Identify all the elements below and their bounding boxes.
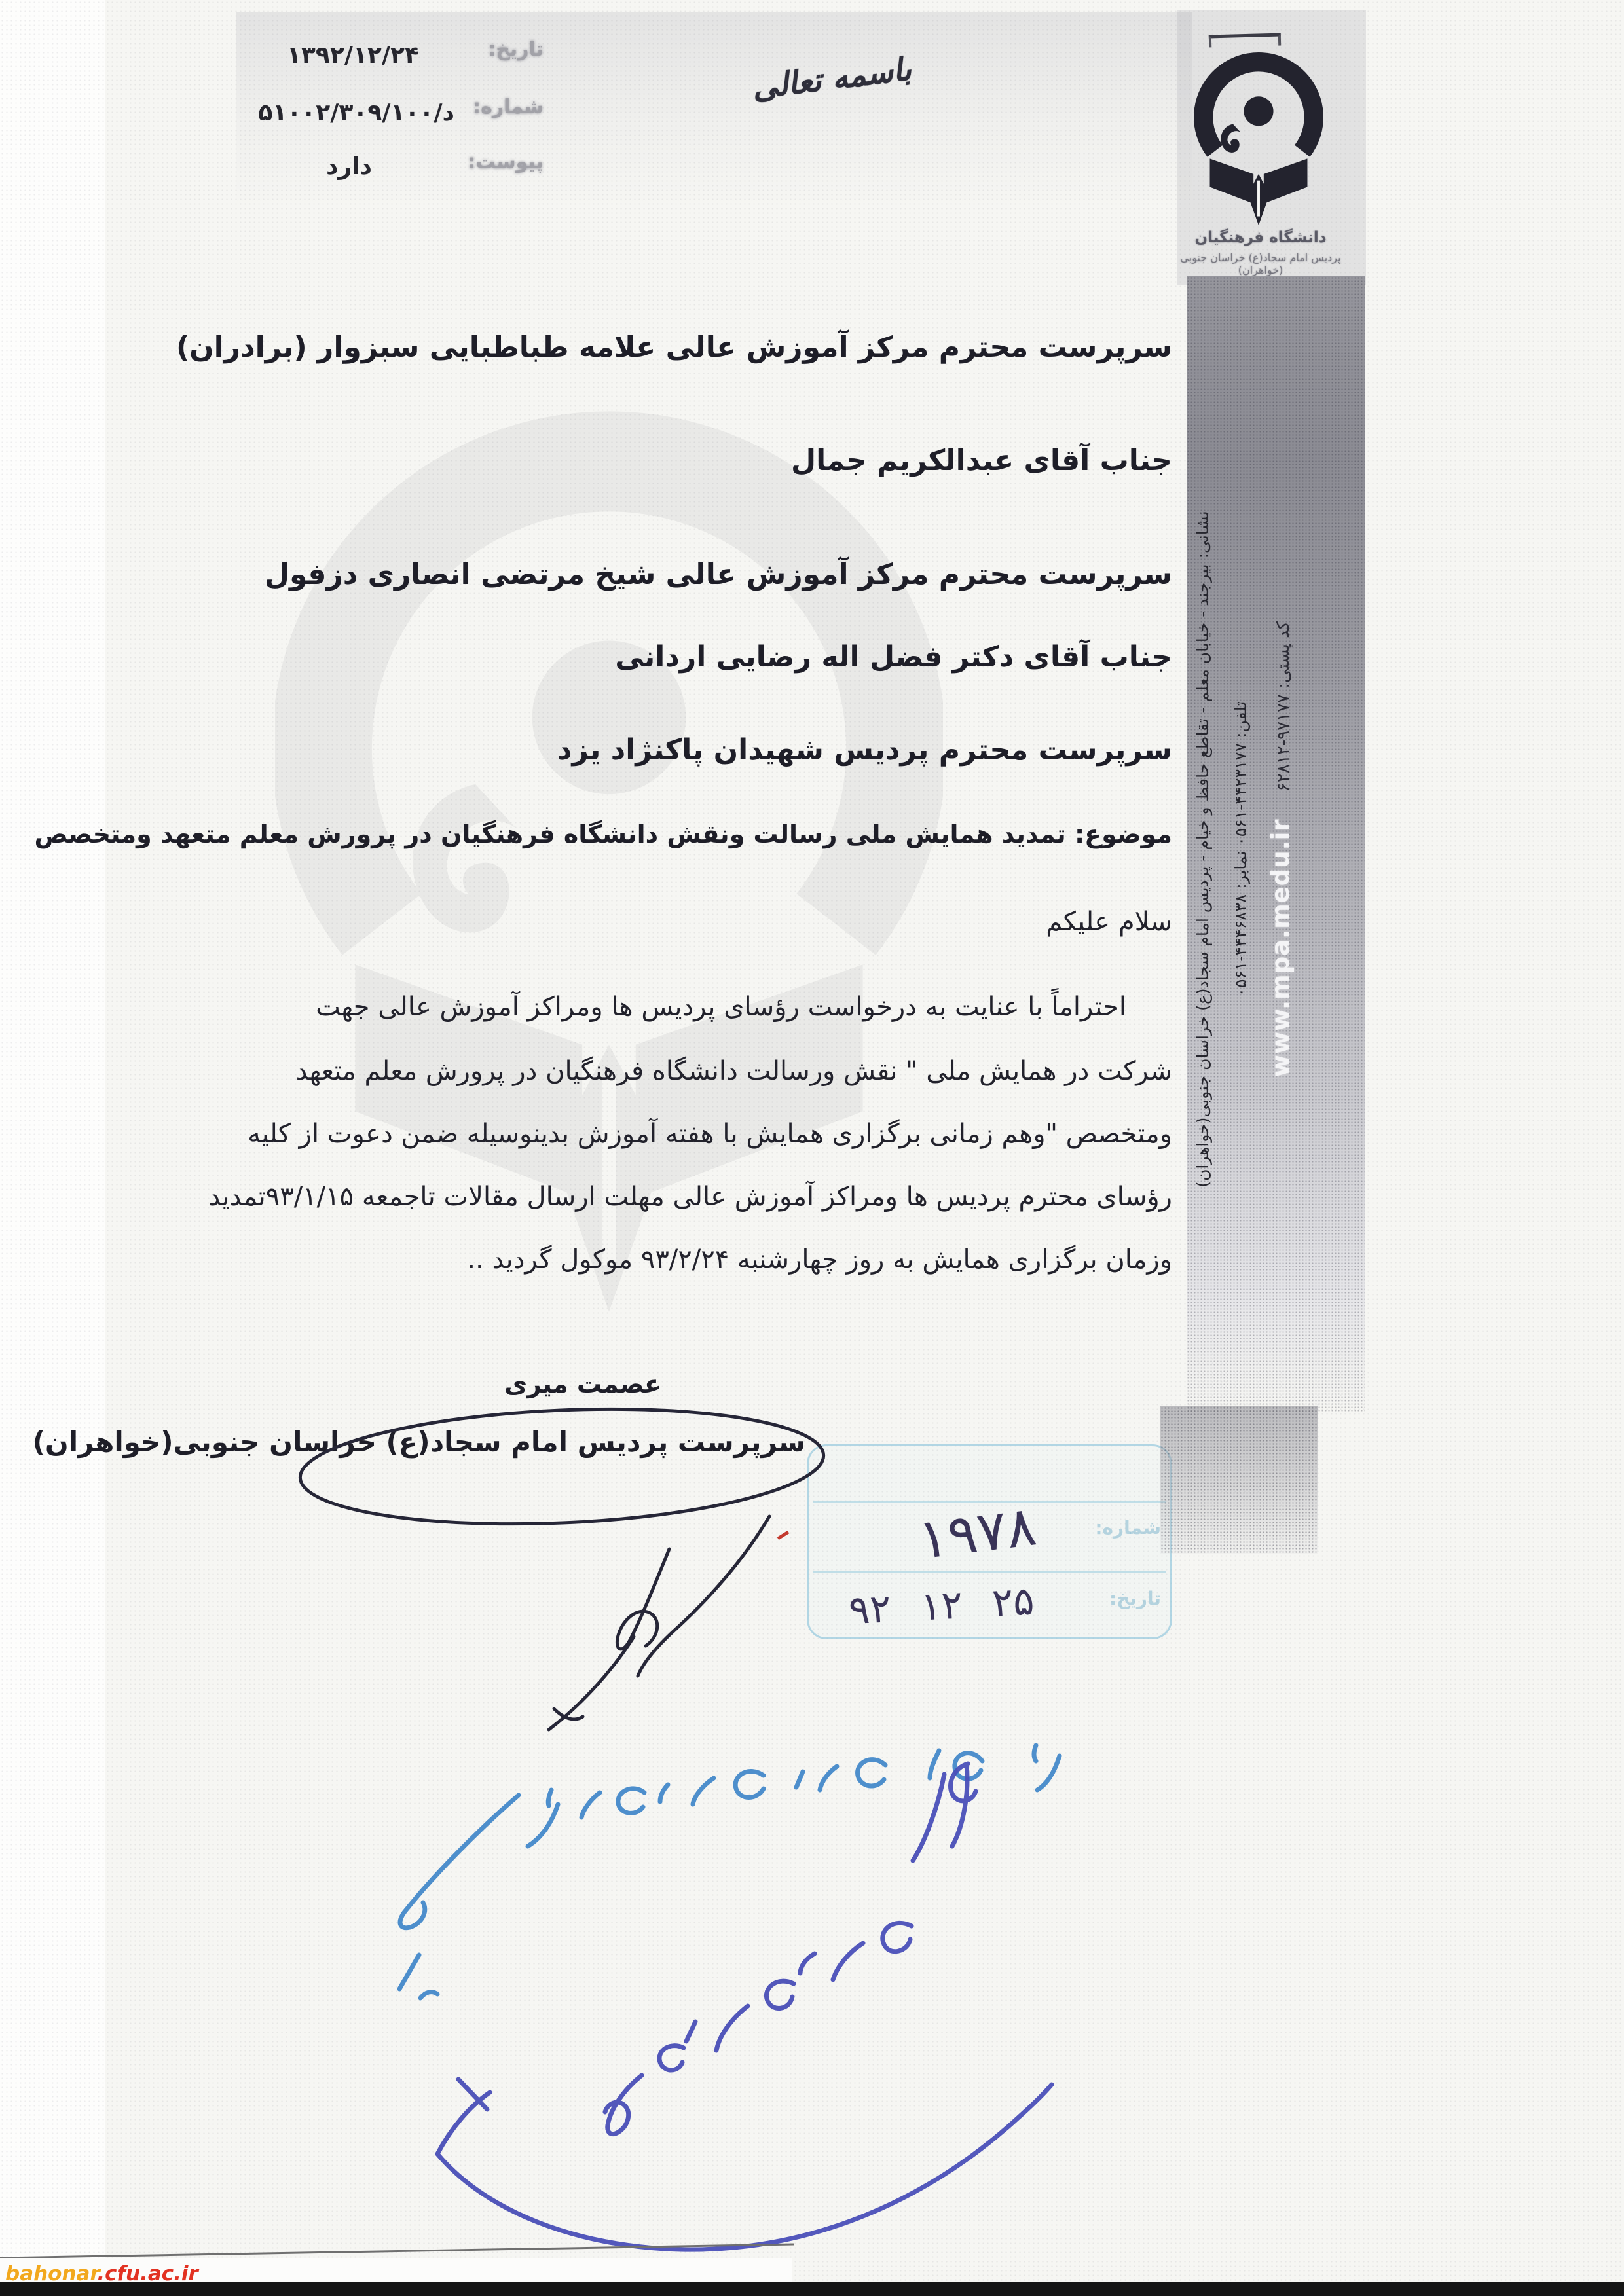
recipient-line-4: جناب آقای دکتر فضل اله رضایی اردانی [615,640,1172,674]
body-line-2: شرکت در همایش ملی " نقش ورسالت دانشگاه ف… [296,1056,1172,1086]
scanned-letter-page: تاریخ: ۱۳۹۲/۱۲/۲۴ شماره: د/۵۱۰۰۲/۳۰۹/۱۰۰… [0,0,1624,2296]
recipient-line-2: جناب آقای عبدالکریم جمال [791,444,1172,477]
recipient-line-1: سرپرست محترم مرکز آموزش عالی علامه طباطب… [176,331,1172,364]
scan-bottom-strip [0,2282,1624,2296]
body-line-5: وزمان برگزاری همایش به روز چهارشنبه ۹۳/۲… [467,1245,1172,1275]
logo-caption-campus: پردیس امام سجاد(ع) خراسان جنوبی (خواهران… [1174,251,1347,276]
site-watermark-domain: .cfu.ac.ir [97,2262,198,2286]
stamp-number-label: شماره: [1095,1517,1161,1539]
logo-caption-university: دانشگاه فرهنگیان [1174,229,1347,246]
scan-shading-stamp-area [1160,1406,1318,1554]
stamp-divider [813,1571,1166,1573]
salutation: سلام علیکم [1046,907,1172,937]
university-logo [1194,42,1323,234]
sidebar-postal-website: کد پستی: ۹۷۱۷۷-۶۲۸۱۲ www.mpa.medu.ir [1266,296,1295,1402]
site-watermark: bahonar.cfu.ac.ir [5,2262,198,2286]
signer-title: سرپرست پردیس امام سجاد(ع) خراسان جنوبی(خ… [33,1426,805,1458]
subject-line: موضوع: تمدید همایش ملی رسالت ونقش دانشگا… [34,820,1172,848]
stamp-date-label: تاریخ: [1109,1588,1161,1609]
date-value: ۱۳۹۲/۱۲/۲۴ [287,42,419,69]
stamp-handwritten-date: ۲۵ ۱۲ ۹۲ [847,1578,1035,1634]
recipient-line-5: سرپرست محترم پردیس شهیدان پاکنژاد یزد [557,733,1172,767]
sidebar-address: نشانی: بیرجند - خیابان معلم - تقاطع حافظ… [1193,296,1212,1402]
date-label: تاریخ: [488,38,544,61]
body-line-1: احتراماً با عنایت به درخواست رؤسای پردیس… [316,992,1126,1022]
attachment-label: پیوست: [468,151,544,173]
body-line-4: رؤسای محترم پردیس ها ومراکز آموزش عالی م… [208,1182,1172,1212]
sidebar-website-url: www.mpa.medu.ir [1266,818,1295,1077]
sidebar-phone-fax: تلفن: ۴۴۲۳۱۷۷-۰۵۶۱ نمابر: ۴۴۴۶۸۳۸-۰۵۶۱ [1231,296,1250,1402]
body-line-3: ومتخصص "وهم زمانی برگزاری همایش با هفته … [248,1119,1172,1149]
site-watermark-brand: bahonar [5,2262,97,2286]
number-label: شماره: [473,96,544,118]
number-value: د/۵۱۰۰۲/۳۰۹/۱۰۰ [258,100,454,126]
recipient-line-3: سرپرست محترم مرکز آموزش عالی شیخ مرتضی ا… [265,558,1172,591]
sidebar-postal-code: کد پستی: ۹۷۱۷۷-۶۲۸۱۲ [1274,621,1293,792]
attachment-value: دارد [326,153,372,180]
signer-name: عصمت میری [504,1370,661,1398]
